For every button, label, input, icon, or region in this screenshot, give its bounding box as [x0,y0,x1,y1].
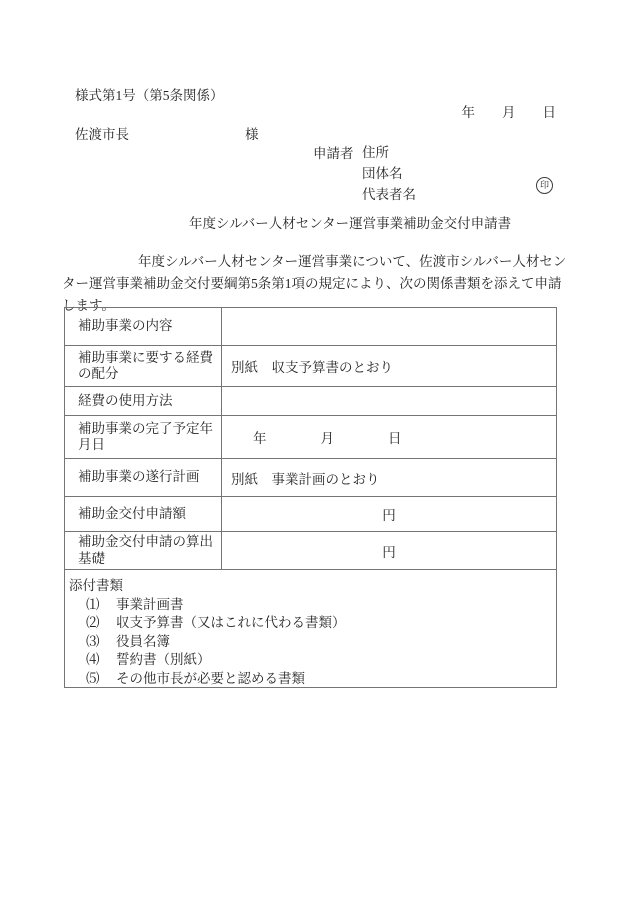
applicant-org-name-label: 団体名 [362,163,416,184]
applicant-address-label: 住所 [362,142,416,163]
body-line: 年度シルバー人材センター運営事業について、佐渡市シルバー人材セン [62,251,566,273]
table-row: 補助事業の遂行計画 別紙 事業計画のとおり [65,459,556,497]
attachment-item: ⑷ 誓約書（別紙） [69,651,552,670]
attachment-item-number: ⑶ [86,633,116,652]
attachment-item-text: 誓約書（別紙） [116,651,211,670]
row-label: 補助事業の完了予定年月日 [65,416,222,458]
application-table: 補助事業の内容 補助事業に要する経費の配分 別紙 収支予算書のとおり 経費の使用… [64,307,557,688]
attachment-item-number: ⑷ [86,651,116,670]
attachment-item-text: 事業計画書 [116,596,184,615]
row-label: 補助事業の遂行計画 [65,459,222,496]
row-value [222,308,556,345]
form-number: 様式第1号（第5条関係） [75,84,224,104]
attachment-item-text: 収支予算書（又はこれに代わる書類） [116,614,346,633]
attachment-item: ⑴ 事業計画書 [69,596,552,615]
row-value: 年 月 日 [222,416,556,458]
table-row: 経費の使用方法 [65,387,556,416]
row-value: 円 [222,497,556,531]
application-form-page: 様式第1号（第5条関係） 年 月 日 佐渡市長 様 申請者 住所 団体名 代表者… [0,0,630,915]
document-title: 年度シルバー人材センター運営事業補助金交付申請書 [189,212,511,232]
addressee: 佐渡市長 [75,127,129,142]
attachment-item-number: ⑸ [86,670,116,689]
attachment-item-number: ⑴ [86,596,116,615]
applicant-fields: 住所 団体名 代表者名 [362,142,416,205]
row-label: 補助金交付申請の算出基礎 [65,532,222,569]
attachments-section: 添付書類 ⑴ 事業計画書 ⑵ 収支予算書（又はこれに代わる書類） ⑶ 役員名簿 … [65,570,556,687]
attachment-item-text: 役員名簿 [116,633,170,652]
row-value: 円 [222,532,556,569]
table-row: 補助金交付申請の算出基礎 円 [65,532,556,570]
applicant-rep-name-label: 代表者名 [362,184,416,205]
attachment-item: ⑶ 役員名簿 [69,633,552,652]
body-line: ター運営事業補助金交付要綱第5条第1項の規定により、次の関係書類を添えて申請 [62,273,566,295]
row-value: 別紙 事業計画のとおり [222,459,556,496]
seal-icon: 印 [536,177,553,194]
row-value [222,387,556,415]
attachment-item-number: ⑵ [86,614,116,633]
row-value: 別紙 収支予算書のとおり [222,346,556,386]
table-row: 補助事業の完了予定年月日 年 月 日 [65,416,556,459]
row-label: 補助事業に要する経費の配分 [65,346,222,386]
table-row: 補助事業に要する経費の配分 別紙 収支予算書のとおり [65,346,556,387]
row-label: 補助金交付申請額 [65,497,222,531]
attachment-item: ⑵ 収支予算書（又はこれに代わる書類） [69,614,552,633]
attachments-heading: 添付書類 [69,577,552,596]
table-row: 補助金交付申請額 円 [65,497,556,532]
table-row: 補助事業の内容 [65,308,556,346]
date-line: 年 月 日 [462,101,557,121]
addressee-line: 佐渡市長 様 [75,123,375,143]
applicant-label: 申請者 [313,142,354,162]
addressee-honorific: 様 [245,123,259,143]
row-label: 経費の使用方法 [65,387,222,415]
attachment-item-text: その他市長が必要と認める書類 [116,670,305,689]
attachment-item: ⑸ その他市長が必要と認める書類 [69,670,552,689]
row-label: 補助事業の内容 [65,308,222,345]
